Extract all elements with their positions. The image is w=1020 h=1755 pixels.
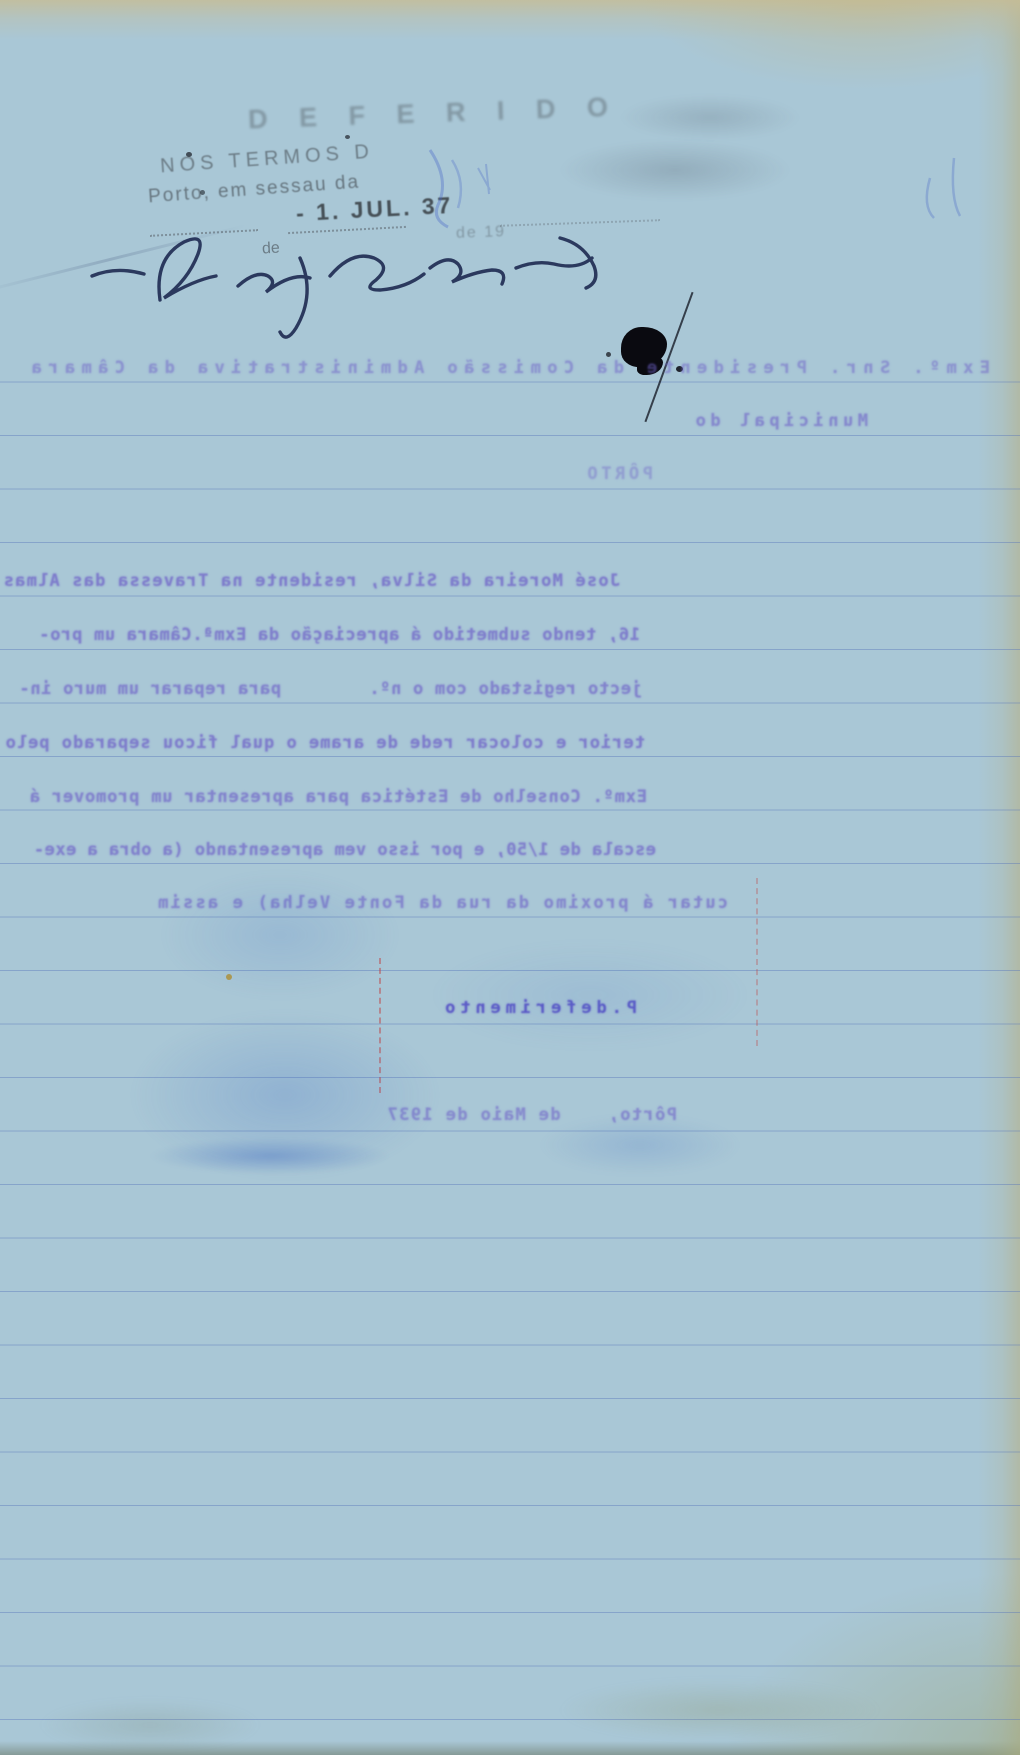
red-dashed-line-right xyxy=(756,878,758,1046)
bleedthrough-body-1: José Moreira da Silva, residente na Trav… xyxy=(2,571,620,591)
bleedthrough-closing: P.deferimento xyxy=(440,998,637,1018)
yellow-dot xyxy=(226,974,232,980)
red-dashed-line-left xyxy=(379,958,381,1093)
ink-speck-3 xyxy=(186,152,192,157)
bleedthrough-header-1: Exmº. Snr. Presidente da Comissão Admini… xyxy=(20,358,990,378)
signature-handwriting xyxy=(0,0,1020,1755)
ink-speck-2 xyxy=(606,352,611,357)
ink-speck-5 xyxy=(345,135,350,139)
bleedthrough-header-3: PÔRTO xyxy=(583,464,653,484)
bleedthrough-header-2: Municipal do xyxy=(690,411,868,431)
bleedthrough-dateline: Pôrto, de Maio de 1937 xyxy=(377,1105,677,1125)
bleedthrough-body-4: terior e colocar rede de arame o qual fi… xyxy=(5,733,645,753)
scanned-document-page: D E F E R I D O NOS TERMOS D Porto, em s… xyxy=(0,0,1020,1755)
bleedthrough-body-6: escala de 1/50, e por isso vem apresenta… xyxy=(30,840,656,860)
ink-speck-4 xyxy=(200,190,205,195)
bleedthrough-body-5: Exmº. Conselho de Estética para apresent… xyxy=(25,787,647,807)
bleedthrough-body-2: 16, tendo submetido á apreciação da Exmª… xyxy=(28,625,640,645)
bleedthrough-body-7: cutar á proximo da rua da Fonte Velha) e… xyxy=(157,893,728,913)
bleedthrough-body-3: jecto registado com o nº. para reparar u… xyxy=(10,679,642,699)
